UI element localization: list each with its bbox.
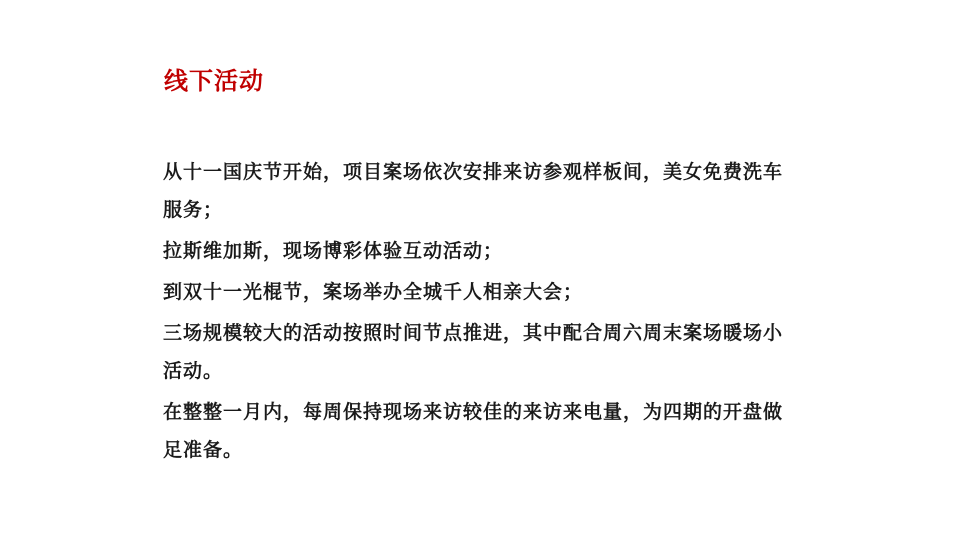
body-paragraph: 三场规模较大的活动按照时间节点推进，其中配合周六周末案场暖场小 活动。	[163, 315, 803, 391]
body-paragraph: 从十一国庆节开始，项目案场依次安排来访参观样板间，美女免费洗车 服务；	[163, 154, 803, 230]
body-paragraph: 在整整一月内，每周保持现场来访较佳的来访来电量，为四期的开盘做 足准备。	[163, 394, 803, 470]
body-paragraph: 拉斯维加斯，现场博彩体验互动活动；	[163, 233, 803, 271]
body-paragraph: 到双十一光棍节，案场举办全城千人相亲大会；	[163, 274, 803, 312]
presentation-slide: 线下活动 从十一国庆节开始，项目案场依次安排来访参观样板间，美女免费洗车 服务；…	[0, 0, 960, 540]
slide-title: 线下活动	[164, 68, 264, 96]
slide-body: 从十一国庆节开始，项目案场依次安排来访参观样板间，美女免费洗车 服务； 拉斯维加…	[163, 154, 803, 473]
